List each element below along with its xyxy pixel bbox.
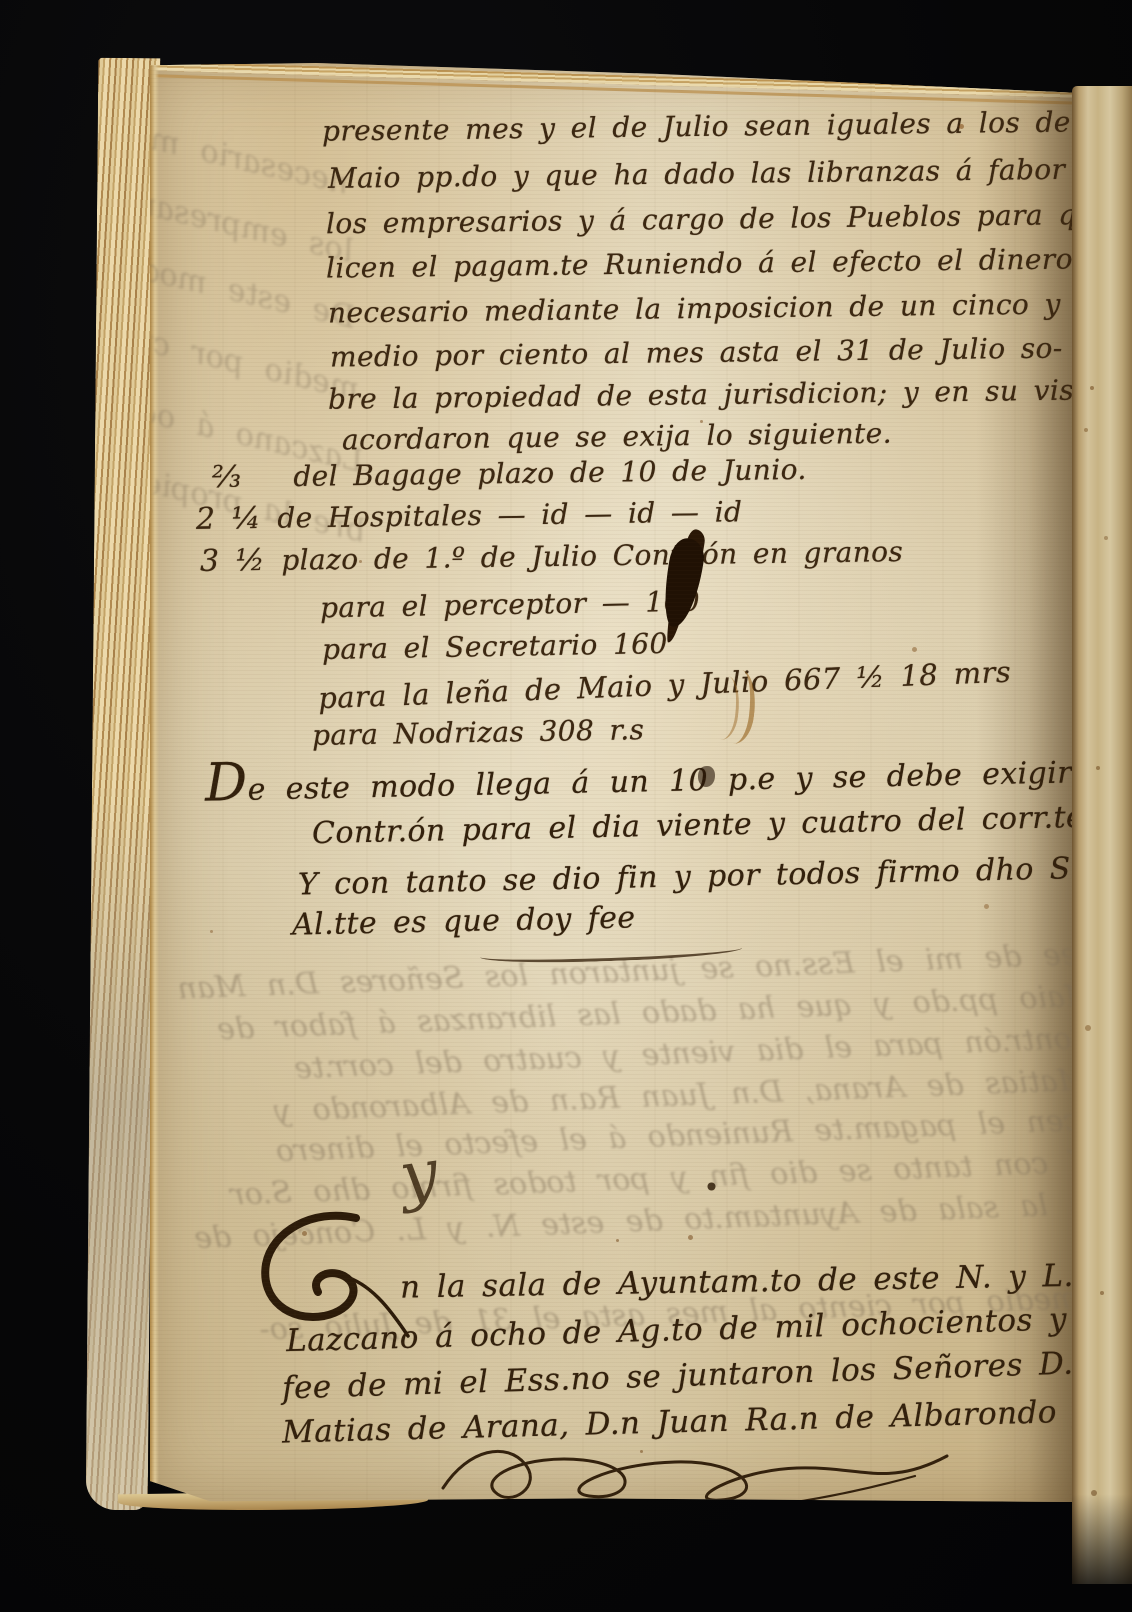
manuscript-page: necesario mediante la imposicion de un c…: [150, 58, 1072, 1502]
facing-page-strip: [1072, 86, 1132, 1584]
handwritten-line: para Nodrizas 308 r.s: [312, 713, 645, 752]
tariff-row: 2 ¼ de Hospitales — id — id — id: [196, 494, 743, 537]
handwritten-line: Al.tte es que doy fee: [292, 900, 636, 942]
rubric-flourish: [435, 1436, 975, 1526]
manuscript-photograph: necesario mediante la imposicion de un c…: [0, 0, 1132, 1612]
tariff-text: plazo de 1.º de Julio Contr.ón en granos: [281, 535, 903, 577]
tariff-text: del Bagage plazo de 10 de Junio.: [293, 453, 807, 493]
handwritten-line: acordaron que se exija lo siguiente.: [342, 417, 892, 457]
handwritten-line: licen el pagam.te Runiendo á el efecto e…: [326, 242, 1073, 284]
tariff-amount: ⅔: [212, 459, 278, 495]
handwritten-line: presente mes y el de Julio sean iguales …: [322, 105, 1071, 147]
foxing-speck-marks: [1090, 386, 1094, 390]
handwritten-line: para el Secretario 160: [322, 627, 668, 666]
tariff-amount: 2 ¼: [196, 501, 262, 537]
handwritten-line: necesario mediante la imposicion de un c…: [328, 288, 1061, 330]
handwritten-line: medio por ciento al mes asta el 31 de Ju…: [330, 332, 1063, 374]
tariff-row: ⅔ del Bagage plazo de 10 de Junio.: [212, 452, 807, 495]
tariff-text: de Hospitales — id — id — id: [277, 495, 742, 534]
book-leaf-edges-left: [86, 58, 161, 1510]
handwritten-line: Contr.ón para el dia viente y cuatro del…: [312, 800, 1085, 851]
tariff-amount: 3 ½: [200, 543, 266, 579]
handwritten-line: para el perceptor — 100: [320, 585, 701, 625]
